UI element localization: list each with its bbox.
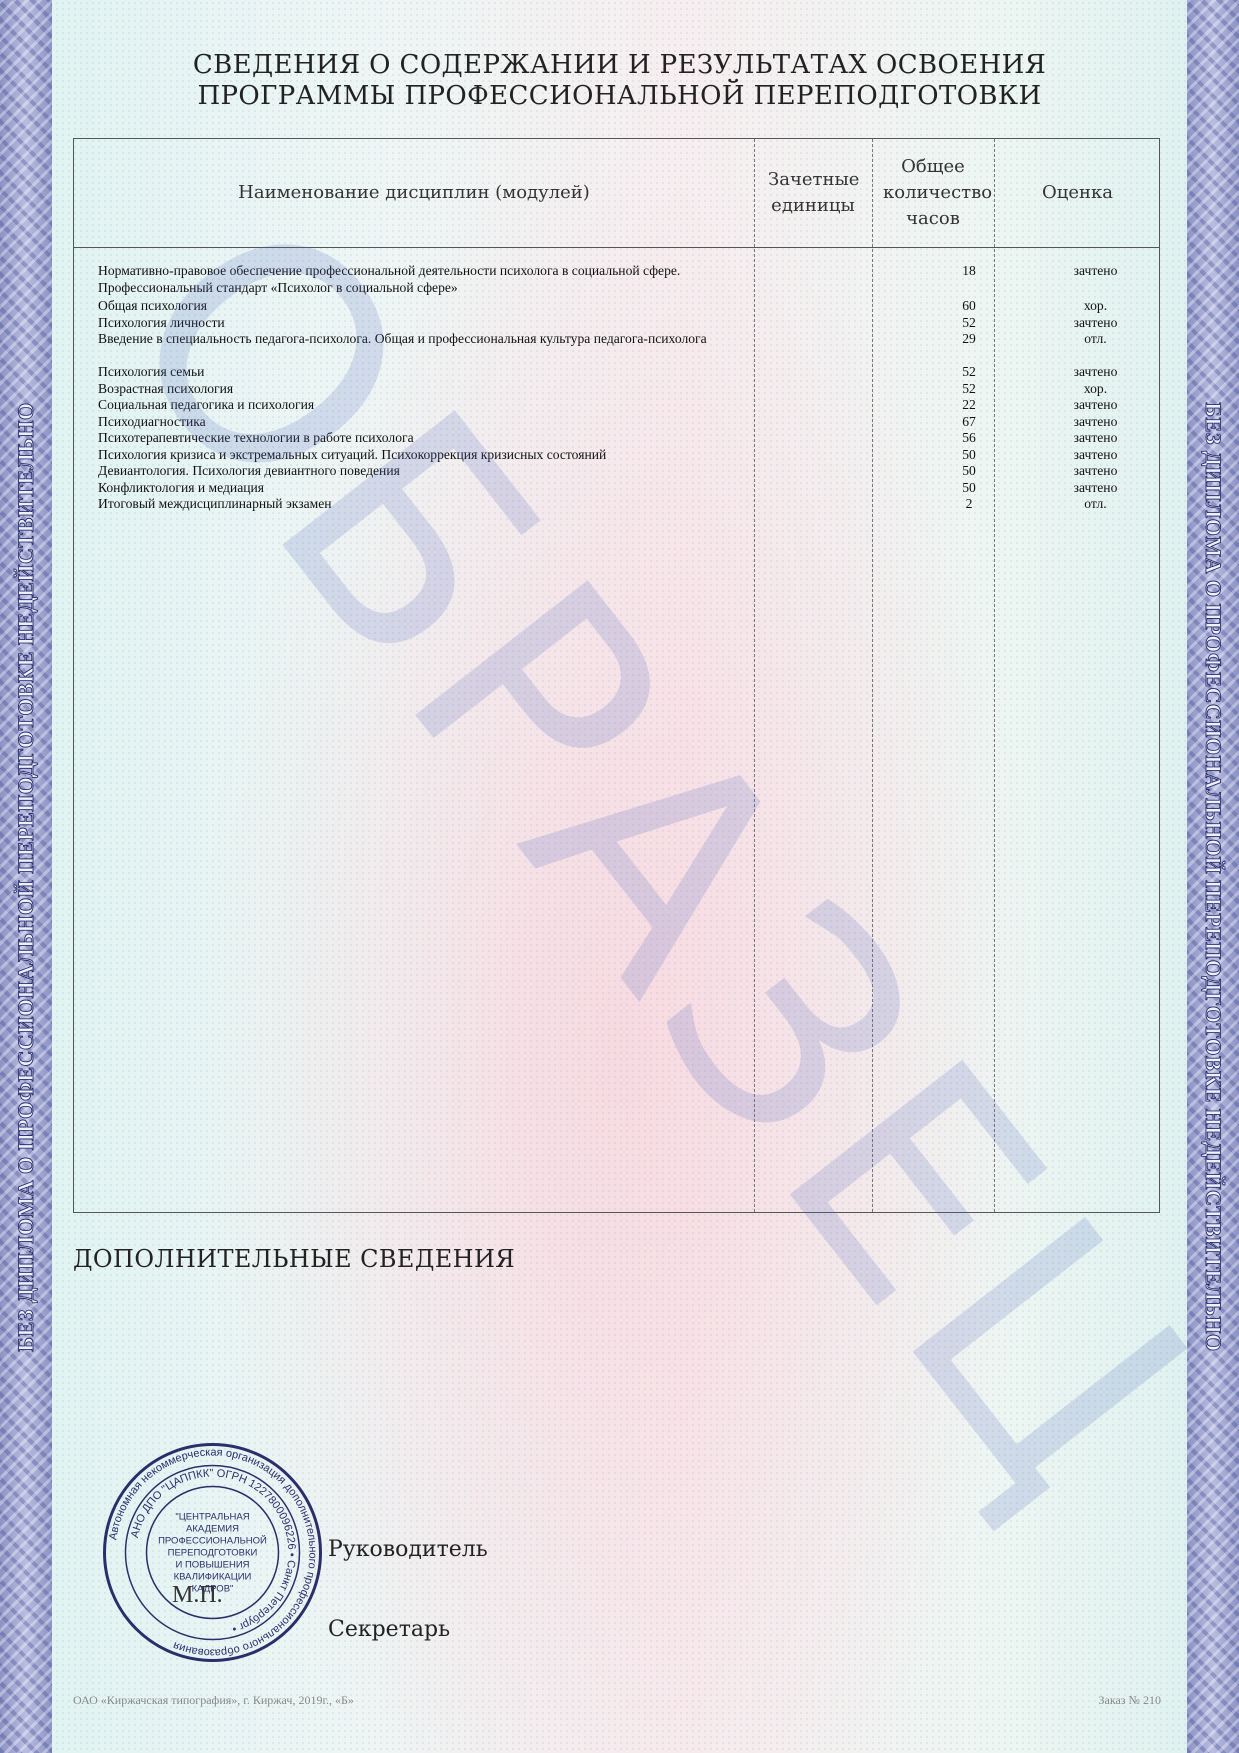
hours-value: 2 bbox=[908, 496, 1030, 513]
title-line-2: программы профессиональной переподготовк… bbox=[150, 81, 1089, 112]
right-security-border: БЕЗ ДИПЛОМА О ПРОФЕССИОНАЛЬНОЙ ПЕРЕПОДГО… bbox=[1187, 0, 1239, 1753]
header-grade: Оценка bbox=[994, 139, 1161, 247]
table-row: Итоговый междисциплинарный экзамен2отл. bbox=[74, 496, 1159, 513]
svg-text:ПЕРЕПОДГОТОВКИ: ПЕРЕПОДГОТОВКИ bbox=[168, 1548, 258, 1559]
hours-value: 56 bbox=[908, 430, 1030, 447]
discipline-name: Девиантология. Психология девиантного по… bbox=[98, 463, 778, 480]
left-security-border: БЕЗ ДИПЛОМА О ПРОФЕССИОНАЛЬНОЙ ПЕРЕПОДГО… bbox=[0, 0, 52, 1753]
title-line-1: Сведения о содержании и результатах осво… bbox=[150, 50, 1089, 81]
grade-value: зачтено bbox=[1030, 463, 1161, 480]
table-row: Конфликтология и медиация50зачтено bbox=[74, 480, 1159, 497]
discipline-name: Введение в специальность педагога-психол… bbox=[98, 331, 778, 348]
table-row: Нормативно-правовое обеспечение професси… bbox=[74, 263, 1159, 298]
hours-value: 60 bbox=[908, 298, 1030, 315]
discipline-name: Итоговый междисциплинарный экзамен bbox=[98, 496, 778, 513]
discipline-name: Возрастная психология bbox=[98, 381, 778, 398]
svg-text:"ЦЕНТРАЛЬНАЯ: "ЦЕНТРАЛЬНАЯ bbox=[175, 1512, 249, 1523]
header-credits: Зачетные единицы bbox=[754, 139, 872, 247]
discipline-name: Социальная педагогика и психология bbox=[98, 397, 778, 414]
secretary-signature-label: Секретарь bbox=[328, 1617, 450, 1642]
hours-value: 52 bbox=[908, 364, 1030, 381]
svg-text:КВАЛИФИКАЦИИ: КВАЛИФИКАЦИИ bbox=[174, 1572, 252, 1583]
right-border-text: БЕЗ ДИПЛОМА О ПРОФЕССИОНАЛЬНОЙ ПЕРЕПОДГО… bbox=[1200, 402, 1226, 1351]
grade-value: зачтено bbox=[1030, 263, 1161, 280]
svg-text:И ПОВЫШЕНИЯ: И ПОВЫШЕНИЯ bbox=[175, 1560, 249, 1571]
table-row: Психология кризиса и экстремальных ситуа… bbox=[74, 447, 1159, 464]
table-row: Психология семьи52зачтено bbox=[74, 364, 1159, 381]
header-divider bbox=[74, 247, 1159, 248]
discipline-name: Общая психология bbox=[98, 298, 778, 315]
discipline-name: Психология семьи bbox=[98, 364, 778, 381]
hours-value: 50 bbox=[908, 447, 1030, 464]
order-number: Заказ № 210 bbox=[1098, 1693, 1161, 1708]
head-signature-label: Руководитель bbox=[328, 1537, 488, 1562]
hours-value: 18 bbox=[908, 263, 1030, 280]
hours-value: 67 bbox=[908, 414, 1030, 431]
table-body: Нормативно-правовое обеспечение професси… bbox=[74, 263, 1159, 513]
grade-value: отл. bbox=[1030, 331, 1161, 348]
grade-value: зачтено bbox=[1030, 364, 1161, 381]
hours-value: 52 bbox=[908, 381, 1030, 398]
discipline-name: Психодиагностика bbox=[98, 414, 778, 431]
organization-seal: Автономная некоммерческая организация до… bbox=[100, 1440, 325, 1665]
grade-value: зачтено bbox=[1030, 315, 1161, 332]
disciplines-table: Наименование дисциплин (модулей) Зачетны… bbox=[73, 138, 1160, 1213]
header-discipline: Наименование дисциплин (модулей) bbox=[74, 139, 754, 247]
table-row: Введение в специальность педагога-психол… bbox=[74, 331, 1159, 364]
table-row: Психотерапевтические технологии в работе… bbox=[74, 430, 1159, 447]
grade-value: зачтено bbox=[1030, 414, 1161, 431]
svg-text:ПРОФЕССИОНАЛЬНОЙ: ПРОФЕССИОНАЛЬНОЙ bbox=[158, 1535, 267, 1547]
grade-value: хор. bbox=[1030, 298, 1161, 315]
header-credits-label: Зачетные единицы bbox=[768, 167, 858, 219]
additional-info-title: Дополнительные сведения bbox=[73, 1245, 515, 1273]
hours-value: 52 bbox=[908, 315, 1030, 332]
table-row: Общая психология60хор. bbox=[74, 298, 1159, 315]
hours-value: 50 bbox=[908, 480, 1030, 497]
grade-value: хор. bbox=[1030, 381, 1161, 398]
printer-imprint: ОАО «Киржачская типография», г. Киржач, … bbox=[73, 1693, 354, 1708]
table-row: Психодиагностика67зачтено bbox=[74, 414, 1159, 431]
grade-value: зачтено bbox=[1030, 480, 1161, 497]
left-border-text: БЕЗ ДИПЛОМА О ПРОФЕССИОНАЛЬНОЙ ПЕРЕПОДГО… bbox=[13, 402, 39, 1351]
table-row: Возрастная психология52хор. bbox=[74, 381, 1159, 398]
table-row: Девиантология. Психология девиантного по… bbox=[74, 463, 1159, 480]
seal-place-mark: М.П. bbox=[172, 1582, 223, 1609]
page-title: Сведения о содержании и результатах осво… bbox=[150, 50, 1089, 112]
grade-value: зачтено bbox=[1030, 397, 1161, 414]
hours-value: 22 bbox=[908, 397, 1030, 414]
discipline-name: Психология кризиса и экстремальных ситуа… bbox=[98, 447, 778, 464]
hours-value: 29 bbox=[908, 331, 1030, 348]
header-hours-label: Общее количество часов bbox=[883, 154, 983, 232]
hours-value: 50 bbox=[908, 463, 1030, 480]
header-hours: Общее количество часов bbox=[872, 139, 994, 247]
discipline-name: Психология личности bbox=[98, 315, 778, 332]
grade-value: зачтено bbox=[1030, 430, 1161, 447]
discipline-name: Психотерапевтические технологии в работе… bbox=[98, 430, 778, 447]
discipline-name: Конфликтология и медиация bbox=[98, 480, 778, 497]
table-row: Социальная педагогика и психология22зачт… bbox=[74, 397, 1159, 414]
table-row: Психология личности52зачтено bbox=[74, 315, 1159, 332]
grade-value: отл. bbox=[1030, 496, 1161, 513]
grade-value: зачтено bbox=[1030, 447, 1161, 464]
svg-text:АКАДЕМИЯ: АКАДЕМИЯ bbox=[186, 1524, 239, 1535]
discipline-name: Нормативно-правовое обеспечение професси… bbox=[98, 263, 698, 296]
